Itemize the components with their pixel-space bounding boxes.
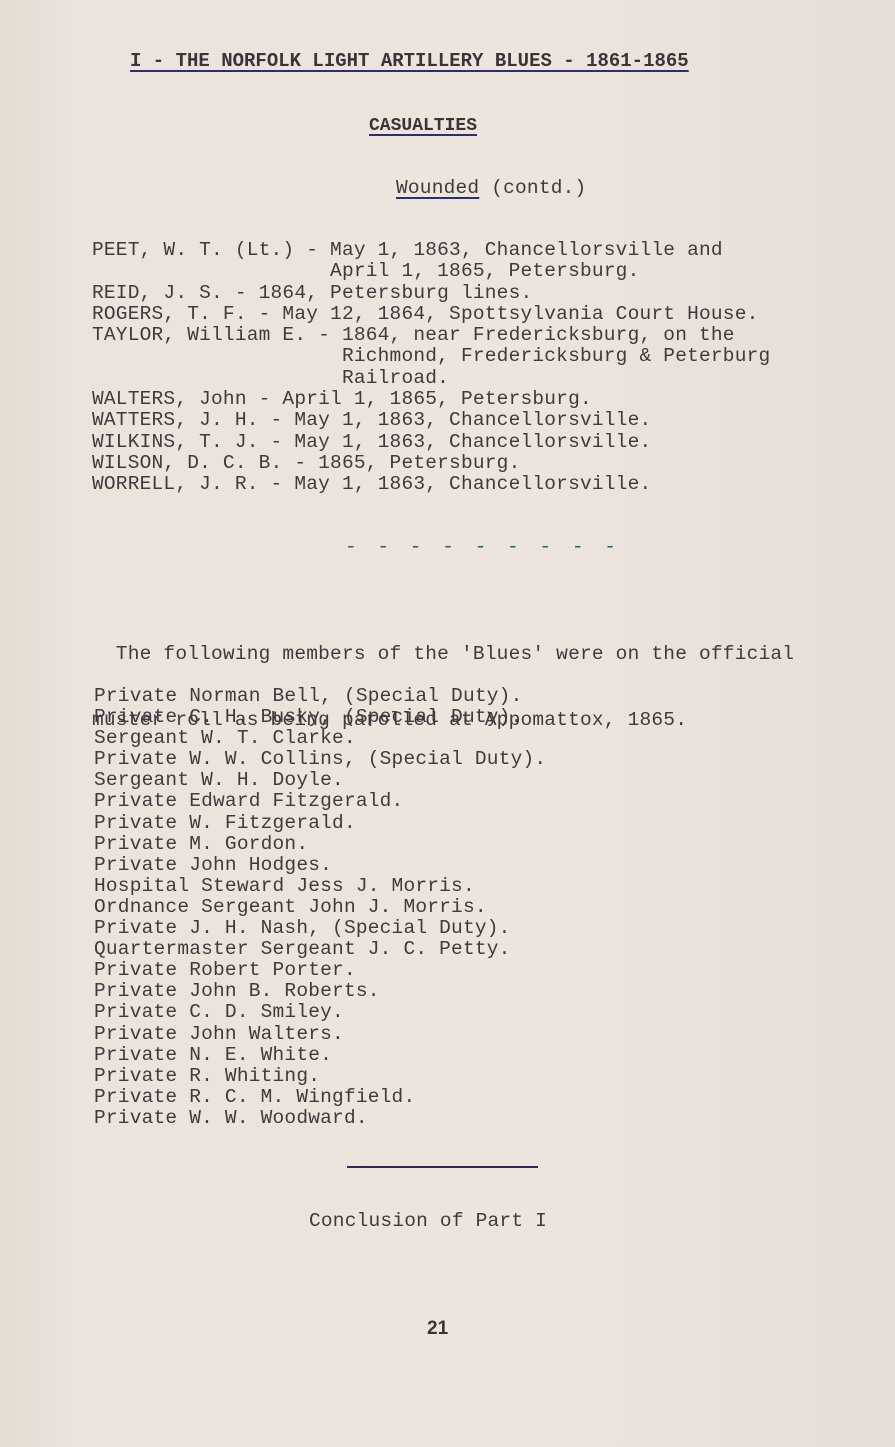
chapter-title: I - THE NORFOLK LIGHT ARTILLERY BLUES - … [130,50,689,72]
wounded-entry: WALTERS, John - April 1, 1865, Petersbur… [92,389,770,410]
roster-item: Private C. D. Smiley. [94,1002,546,1023]
wounded-entry-line: WALTERS, John - April 1, 1865, Petersbur… [92,389,770,410]
wounded-entry-line: WATTERS, J. H. - May 1, 1863, Chancellor… [92,410,770,431]
roster-item: Sergeant W. H. Doyle. [94,770,546,791]
roster-item: Private Robert Porter. [94,960,546,981]
roster-item: Private John Walters. [94,1024,546,1045]
wounded-entry: PEET, W. T. (Lt.) - May 1, 1863, Chancel… [92,240,770,283]
roster-item: Private N. E. White. [94,1045,546,1066]
document-page: I - THE NORFOLK LIGHT ARTILLERY BLUES - … [0,0,895,1447]
roster-item: Private R. C. M. Wingfield. [94,1087,546,1108]
horizontal-rule [347,1166,538,1168]
roster-item: Private R. Whiting. [94,1066,546,1087]
wounded-entry-line: REID, J. S. - 1864, Petersburg lines. [92,283,770,304]
wounded-entry: WORRELL, J. R. - May 1, 1863, Chancellor… [92,474,770,495]
wounded-entry-line: Railroad. [92,368,770,389]
wounded-entry-line: WILKINS, T. J. - May 1, 1863, Chancellor… [92,432,770,453]
subsection-heading: Wounded (contd.) [396,177,586,199]
intro-paragraph-line: The following members of the 'Blues' wer… [92,643,794,665]
roster-item: Private M. Gordon. [94,834,546,855]
wounded-entry: WILSON, D. C. B. - 1865, Petersburg. [92,453,770,474]
wounded-entry: TAYLOR, William E. - 1864, near Frederic… [92,325,770,389]
wounded-entry-line: TAYLOR, William E. - 1864, near Frederic… [92,325,770,346]
section-heading: CASUALTIES [369,116,477,136]
roster-item: Quartermaster Sergeant J. C. Petty. [94,939,546,960]
roster-item: Private W. W. Woodward. [94,1108,546,1129]
roster-item: Private Norman Bell, (Special Duty). [94,686,546,707]
subsection-heading-underlined: Wounded [396,177,479,199]
wounded-entry-line: WORRELL, J. R. - May 1, 1863, Chancellor… [92,474,770,495]
wounded-list: PEET, W. T. (Lt.) - May 1, 1863, Chancel… [92,240,770,496]
roster-item: Private John B. Roberts. [94,981,546,1002]
conclusion-text: Conclusion of Part I [309,1210,547,1232]
roster-item: Private C. H. Busky, (Special Duty). [94,707,546,728]
roster-item: Private Edward Fitzgerald. [94,791,546,812]
wounded-entry: REID, J. S. - 1864, Petersburg lines. [92,283,770,304]
wounded-entry-line: PEET, W. T. (Lt.) - May 1, 1863, Chancel… [92,240,770,261]
wounded-entry-line: April 1, 1865, Petersburg. [92,261,770,282]
roster-item: Private J. H. Nash, (Special Duty). [94,918,546,939]
wounded-entry: WATTERS, J. H. - May 1, 1863, Chancellor… [92,410,770,431]
wounded-entry: WILKINS, T. J. - May 1, 1863, Chancellor… [92,432,770,453]
roster-item: Private W. Fitzgerald. [94,813,546,834]
roster-item: Sergeant W. T. Clarke. [94,728,546,749]
roster-item: Hospital Steward Jess J. Morris. [94,876,546,897]
wounded-entry-line: WILSON, D. C. B. - 1865, Petersburg. [92,453,770,474]
wounded-entry: ROGERS, T. F. - May 12, 1864, Spottsylva… [92,304,770,325]
parole-roster: Private Norman Bell, (Special Duty).Priv… [94,686,546,1129]
section-separator: - - - - - - - - - [345,536,620,558]
roster-item: Ordnance Sergeant John J. Morris. [94,897,546,918]
wounded-entry-line: Richmond, Fredericksburg & Peterburg [92,346,770,367]
subsection-heading-rest: (contd.) [479,177,586,199]
roster-item: Private W. W. Collins, (Special Duty). [94,749,546,770]
roster-item: Private John Hodges. [94,855,546,876]
wounded-entry-line: ROGERS, T. F. - May 12, 1864, Spottsylva… [92,304,770,325]
page-number: 21 [427,1318,448,1340]
